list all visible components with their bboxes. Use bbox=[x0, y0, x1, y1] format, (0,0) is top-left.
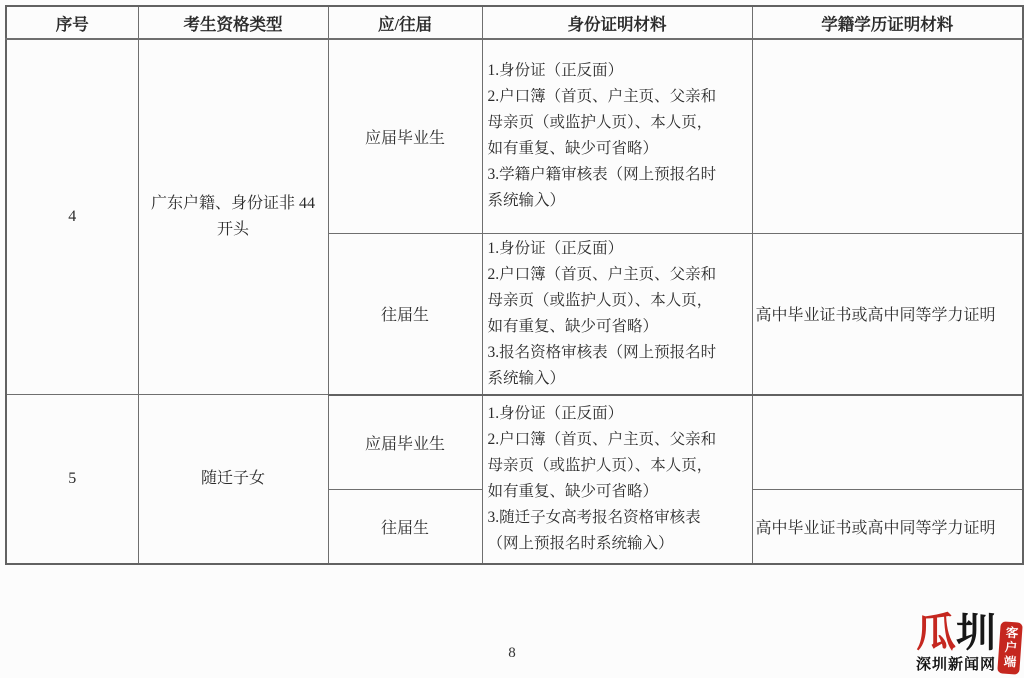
table-row: 4 广东户籍、身份证非 44 开头 应届毕业生 1.身份证（正反面） 2.户口簿… bbox=[6, 39, 1023, 233]
row4-seq: 4 bbox=[6, 39, 138, 395]
shenzhen-news-logo: 瓜 圳 深圳新闻网 客户端 bbox=[916, 614, 1021, 674]
row4-current-education bbox=[752, 39, 1023, 233]
logo-mark-black-icon: 圳 bbox=[956, 614, 996, 652]
row5-type: 随迁子女 bbox=[138, 395, 328, 564]
row4-former-identity: 1.身份证（正反面） 2.户口簿（首页、户主页、父亲和 母亲页（或监护人页）、本… bbox=[482, 233, 752, 395]
row4-current-identity: 1.身份证（正反面） 2.户口簿（首页、户主页、父亲和 母亲页（或监护人页）、本… bbox=[482, 39, 752, 233]
logo-mark: 瓜 圳 bbox=[916, 614, 996, 652]
header-qualification-type: 考生资格类型 bbox=[138, 6, 328, 39]
header-seq: 序号 bbox=[6, 6, 138, 39]
logo-left-block: 瓜 圳 深圳新闻网 bbox=[916, 614, 996, 674]
header-education-materials: 学籍学历证明材料 bbox=[752, 6, 1023, 39]
header-identity-materials: 身份证明材料 bbox=[482, 6, 752, 39]
row4-former-category: 往届生 bbox=[328, 233, 482, 395]
row5-former-category: 往届生 bbox=[328, 490, 482, 564]
row4-type: 广东户籍、身份证非 44 开头 bbox=[138, 39, 328, 395]
logo-client-badge: 客户端 bbox=[997, 621, 1023, 674]
logo-mark-red-icon: 瓜 bbox=[916, 614, 956, 652]
registration-materials-table: 序号 考生资格类型 应/往届 身份证明材料 学籍学历证明材料 4 广东户籍、身份… bbox=[5, 5, 1024, 565]
row5-seq: 5 bbox=[6, 395, 138, 564]
table-header-row: 序号 考生资格类型 应/往届 身份证明材料 学籍学历证明材料 bbox=[6, 6, 1023, 39]
row4-current-category: 应届毕业生 bbox=[328, 39, 482, 233]
document-page: 序号 考生资格类型 应/往届 身份证明材料 学籍学历证明材料 4 广东户籍、身份… bbox=[0, 0, 1024, 678]
row5-current-category: 应届毕业生 bbox=[328, 395, 482, 490]
row4-former-education: 高中毕业证书或高中同等学力证明 bbox=[752, 233, 1023, 395]
header-current-former: 应/往届 bbox=[328, 6, 482, 39]
row5-current-education bbox=[752, 395, 1023, 490]
row5-former-education: 高中毕业证书或高中同等学力证明 bbox=[752, 490, 1023, 564]
page-number: 8 bbox=[0, 645, 1024, 662]
table-row: 5 随迁子女 应届毕业生 1.身份证（正反面） 2.户口簿（首页、户主页、父亲和… bbox=[6, 395, 1023, 490]
row5-identity: 1.身份证（正反面） 2.户口簿（首页、户主页、父亲和 母亲页（或监护人页）、本… bbox=[482, 395, 752, 564]
logo-site-name: 深圳新闻网 bbox=[916, 653, 996, 674]
